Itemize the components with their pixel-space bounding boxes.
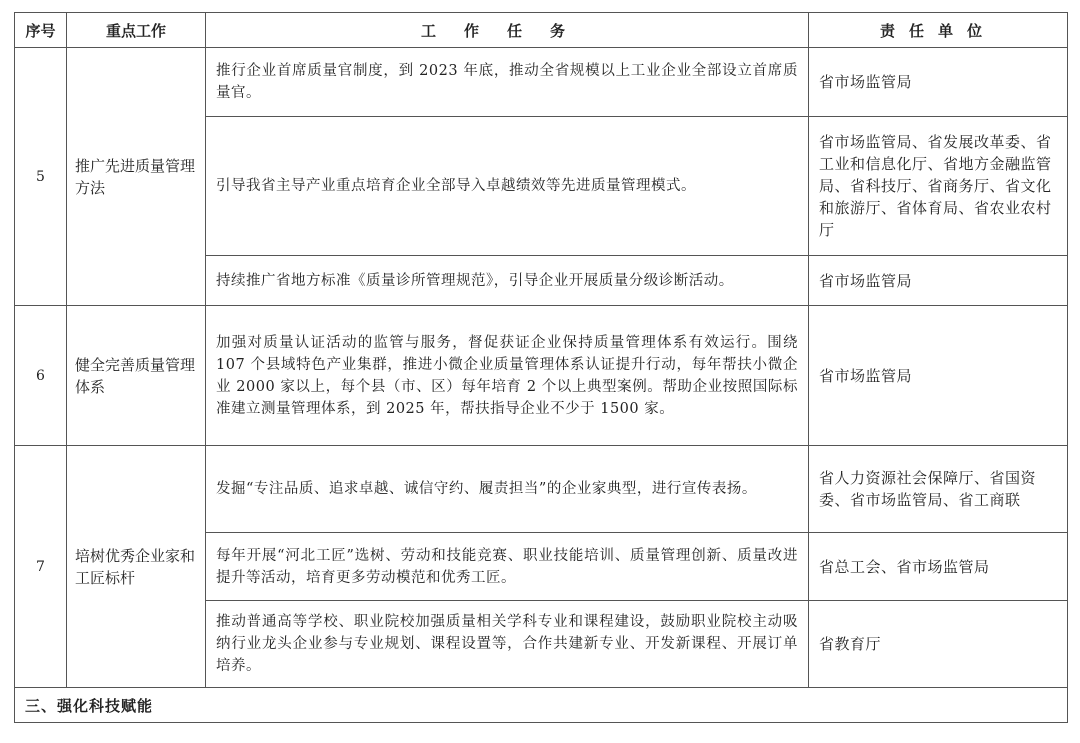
row-number: 6 [15,306,67,446]
task-cell: 加强对质量认证活动的监管与服务，督促获证企业保持质量管理体系有效运行。围绕 10… [206,306,809,446]
task-table: 序号 重点工作 工作任务 责任单位 5 推广先进质量管理方法 推行企业首席质量官… [14,12,1068,723]
table-row: 5 推广先进质量管理方法 推行企业首席质量官制度，到 2023 年底，推动全省规… [15,48,1068,117]
header-no: 序号 [15,13,67,48]
table-row: 6 健全完善质量管理体系 加强对质量认证活动的监管与服务，督促获证企业保持质量管… [15,306,1068,446]
unit-cell: 省市场监管局 [809,48,1068,117]
header-unit: 责任单位 [809,13,1068,48]
task-cell: 每年开展“河北工匠”选树、劳动和技能竞赛、职业技能培训、质量管理创新、质量改进提… [206,533,809,601]
task-cell: 推行企业首席质量官制度，到 2023 年底，推动全省规模以上工业企业全部设立首席… [206,48,809,117]
task-cell: 发掘“专注品质、追求卓越、诚信守约、履责担当”的企业家典型，进行宣传表扬。 [206,446,809,533]
section-heading-row: 三、强化科技赋能 [15,688,1068,723]
unit-cell: 省市场监管局 [809,256,1068,306]
header-task-label: 工作任务 [421,22,593,40]
unit-cell: 省市场监管局 [809,306,1068,446]
header-key-work: 重点工作 [67,13,206,48]
row-number: 7 [15,446,67,688]
task-cell: 引导我省主导产业重点培育企业全部导入卓越绩效等先进质量管理模式。 [206,117,809,256]
key-work-cell: 健全完善质量管理体系 [67,306,206,446]
row-number: 5 [15,48,67,306]
table-row: 7 培树优秀企业家和工匠标杆 发掘“专注品质、追求卓越、诚信守约、履责担当”的企… [15,446,1068,533]
unit-cell: 省总工会、省市场监管局 [809,533,1068,601]
key-work-cell: 培树优秀企业家和工匠标杆 [67,446,206,688]
unit-cell: 省人力资源社会保障厅、省国资委、省市场监管局、省工商联 [809,446,1068,533]
header-row: 序号 重点工作 工作任务 责任单位 [15,13,1068,48]
header-task: 工作任务 [206,13,809,48]
key-work-cell: 推广先进质量管理方法 [67,48,206,306]
task-cell: 持续推广省地方标准《质量诊所管理规范》，引导企业开展质量分级诊断活动。 [206,256,809,306]
unit-cell: 省教育厅 [809,601,1068,688]
header-unit-label: 责任单位 [880,22,996,40]
unit-cell: 省市场监管局、省发展改革委、省工业和信息化厅、省地方金融监管局、省科技厅、省商务… [809,117,1068,256]
task-cell: 推动普通高等学校、职业院校加强质量相关学科专业和课程建设，鼓励职业院校主动吸纳行… [206,601,809,688]
section-heading: 三、强化科技赋能 [15,688,1068,723]
